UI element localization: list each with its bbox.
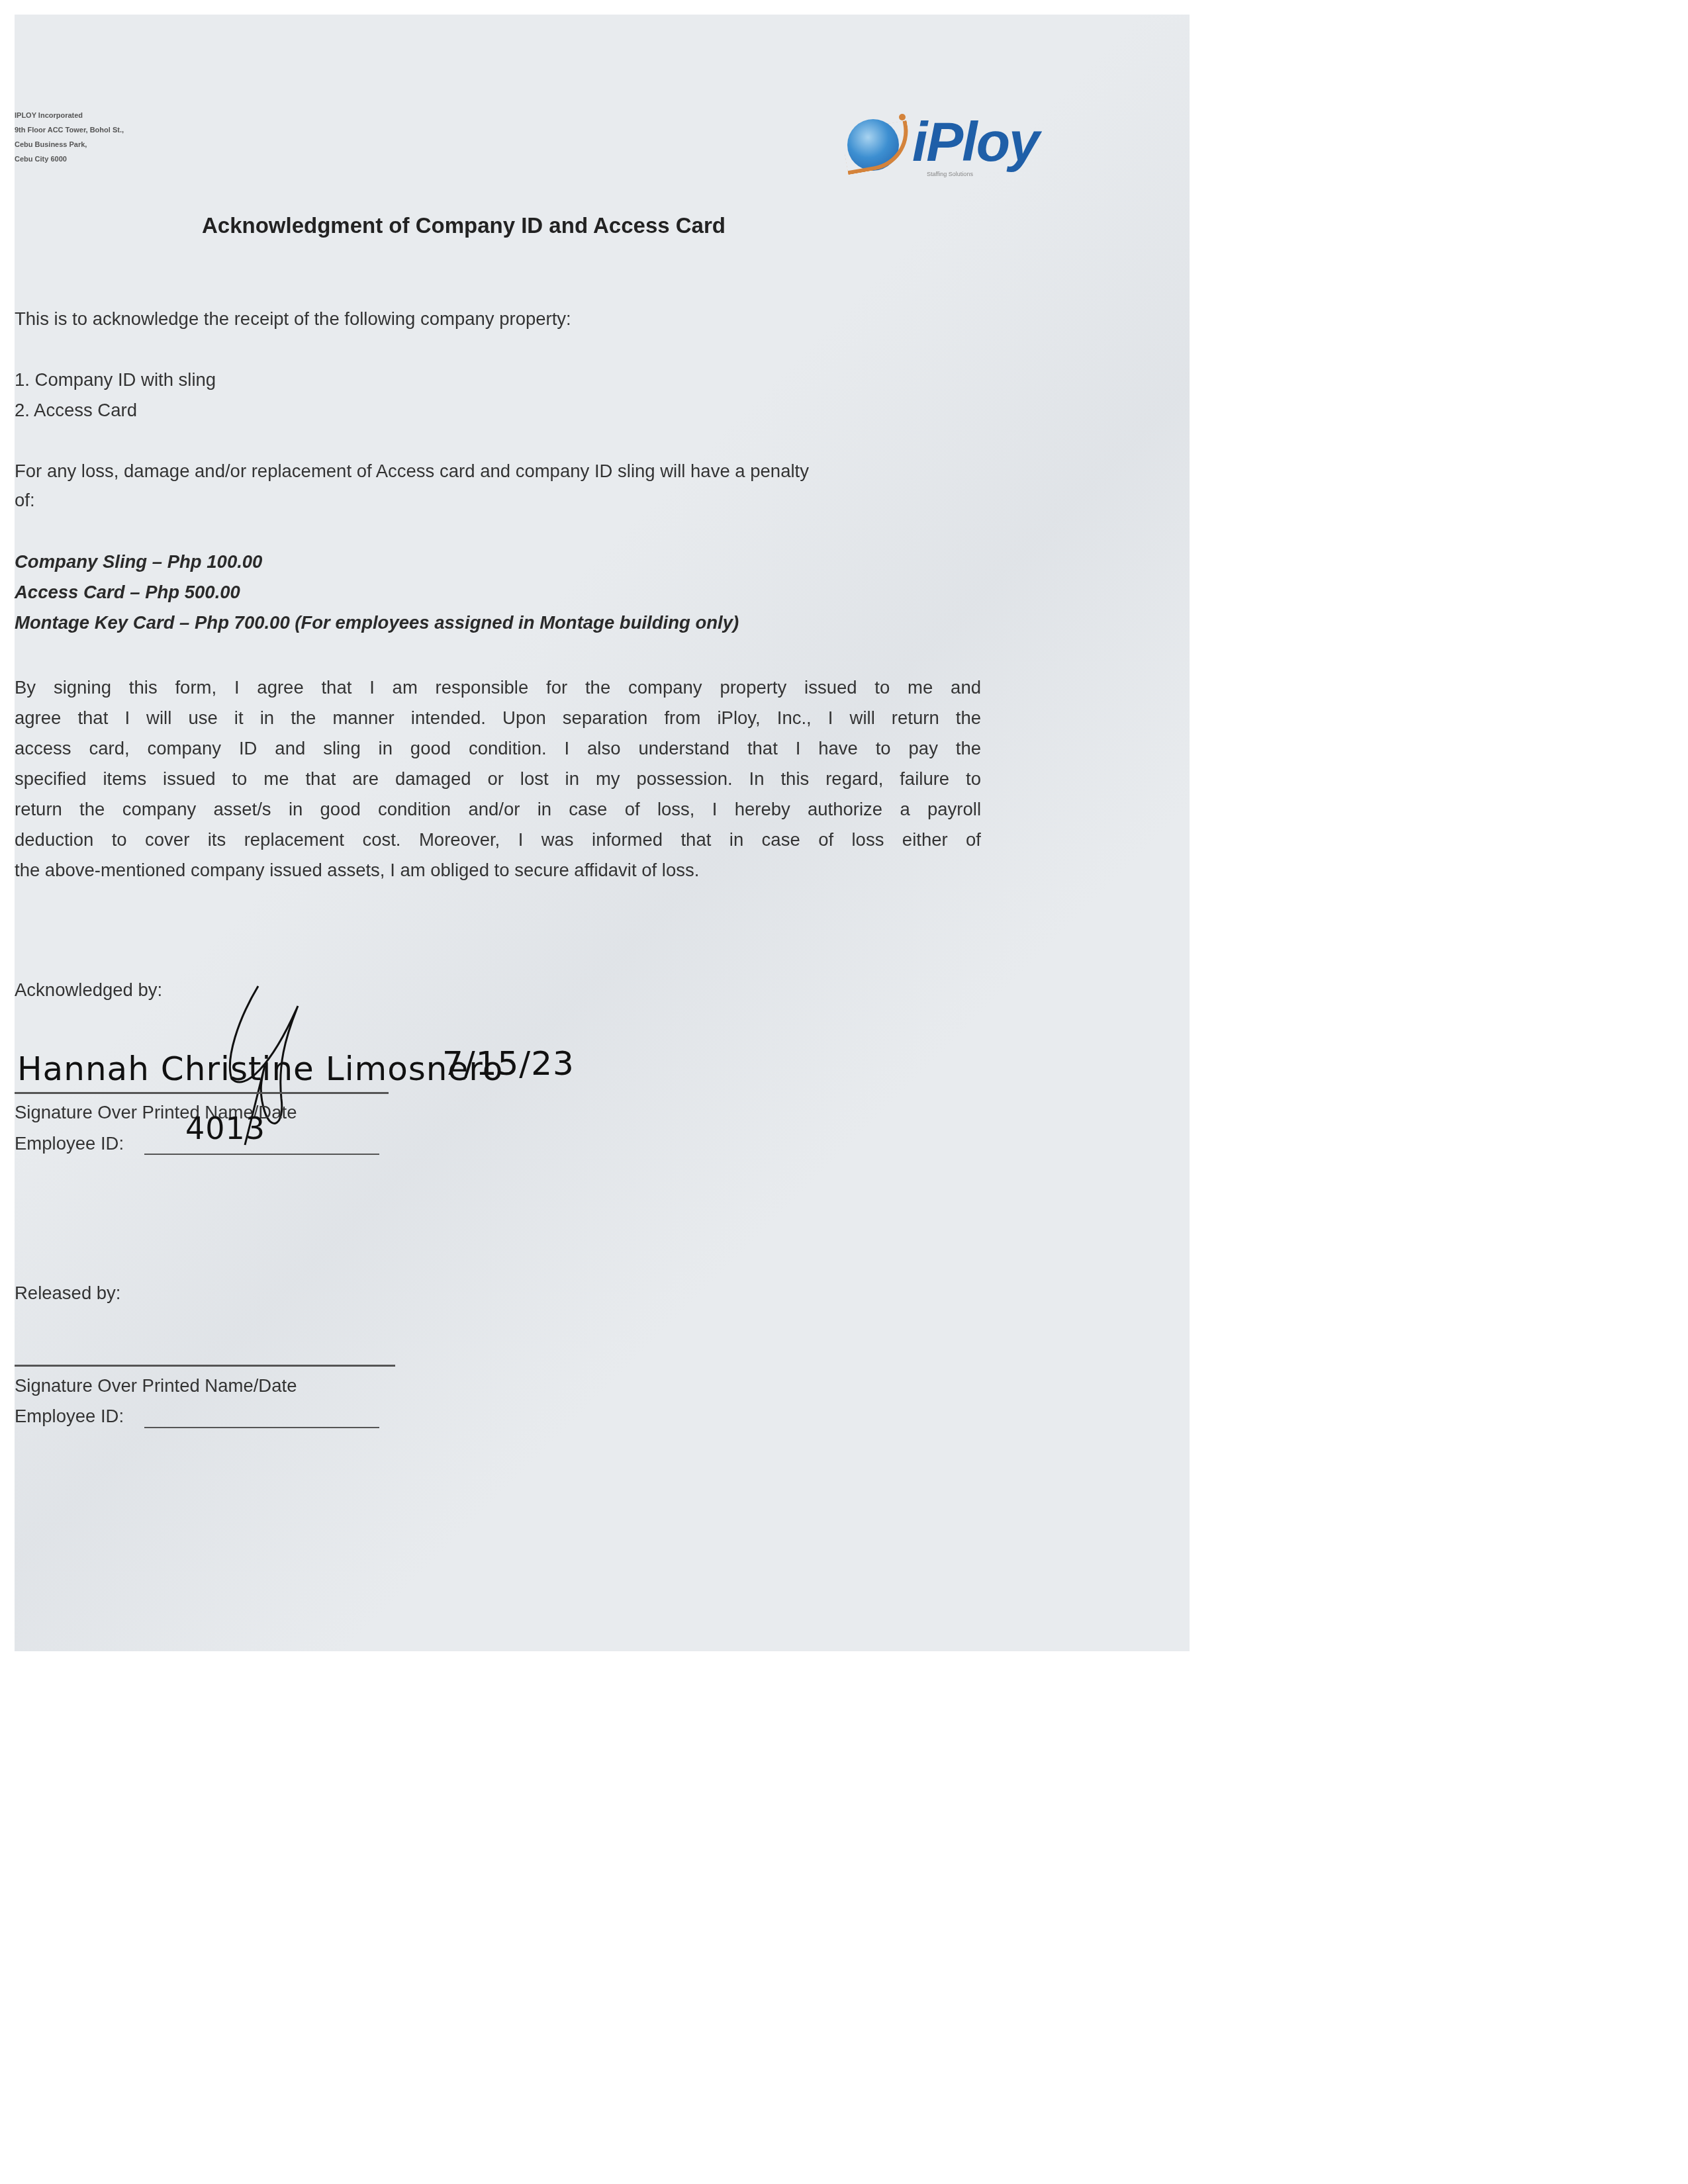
employee-id-value: 4013 (185, 1111, 265, 1146)
intro-text: This is to acknowledge the receipt of th… (15, 308, 571, 330)
item-company-id: 1. Company ID with sling (15, 369, 216, 390)
penalty-intro-cont: of: (15, 490, 35, 511)
address-line: Cebu Business Park, (15, 138, 124, 152)
penalty-sling: Company Sling – Php 100.00 (15, 551, 262, 572)
agreement-line: the above-mentioned company issued asset… (15, 855, 981, 886)
company-address: IPLOY Incorporated 9th Floor ACC Tower, … (15, 109, 124, 167)
handwritten-name: Hannah Christine Limosnero (17, 1050, 503, 1088)
address-line: 9th Floor ACC Tower, Bohol St., (15, 123, 124, 138)
penalty-intro: For any loss, damage and/or replacement … (15, 461, 809, 482)
agreement-line: specified items issued to me that are da… (15, 764, 981, 794)
released-employee-id-label: Employee ID: (15, 1406, 124, 1427)
agreement-line: By signing this form, I agree that I am … (15, 672, 981, 703)
iploy-logo: iPloy Staffing Solutions (847, 106, 1046, 182)
employee-id-label: Employee ID: (15, 1133, 124, 1154)
handwritten-date: 7/15/23 (442, 1044, 575, 1083)
agreement-line: access card, company ID and sling in goo… (15, 733, 981, 764)
logo-dot-icon (899, 114, 906, 120)
released-employee-id-line (144, 1427, 379, 1428)
agreement-paragraph: By signing this form, I agree that I am … (15, 672, 981, 886)
agreement-line: return the company asset/s in good condi… (15, 794, 981, 825)
released-signature-line (15, 1365, 395, 1367)
released-by-label: Released by: (15, 1283, 121, 1304)
agreement-line: agree that I will use it in the manner i… (15, 703, 981, 733)
signature-line (15, 1092, 389, 1094)
released-signature-caption: Signature Over Printed Name/Date (15, 1375, 297, 1396)
address-line: IPLOY Incorporated (15, 109, 124, 123)
agreement-line: deduction to cover its replacement cost.… (15, 825, 981, 855)
document-title: Acknowledgment of Company ID and Access … (202, 213, 726, 238)
penalty-access-card: Access Card – Php 500.00 (15, 582, 240, 603)
employee-id-line (144, 1154, 379, 1155)
item-access-card: 2. Access Card (15, 400, 137, 421)
swoosh-icon (841, 120, 914, 175)
logo-tagline: Staffing Solutions (927, 171, 973, 177)
acknowledged-by-label: Acknowledged by: (15, 979, 162, 1001)
penalty-montage-key: Montage Key Card – Php 700.00 (For emplo… (15, 612, 739, 633)
address-line: Cebu City 6000 (15, 152, 124, 167)
logo-brand-text: iPloy (912, 110, 1039, 174)
